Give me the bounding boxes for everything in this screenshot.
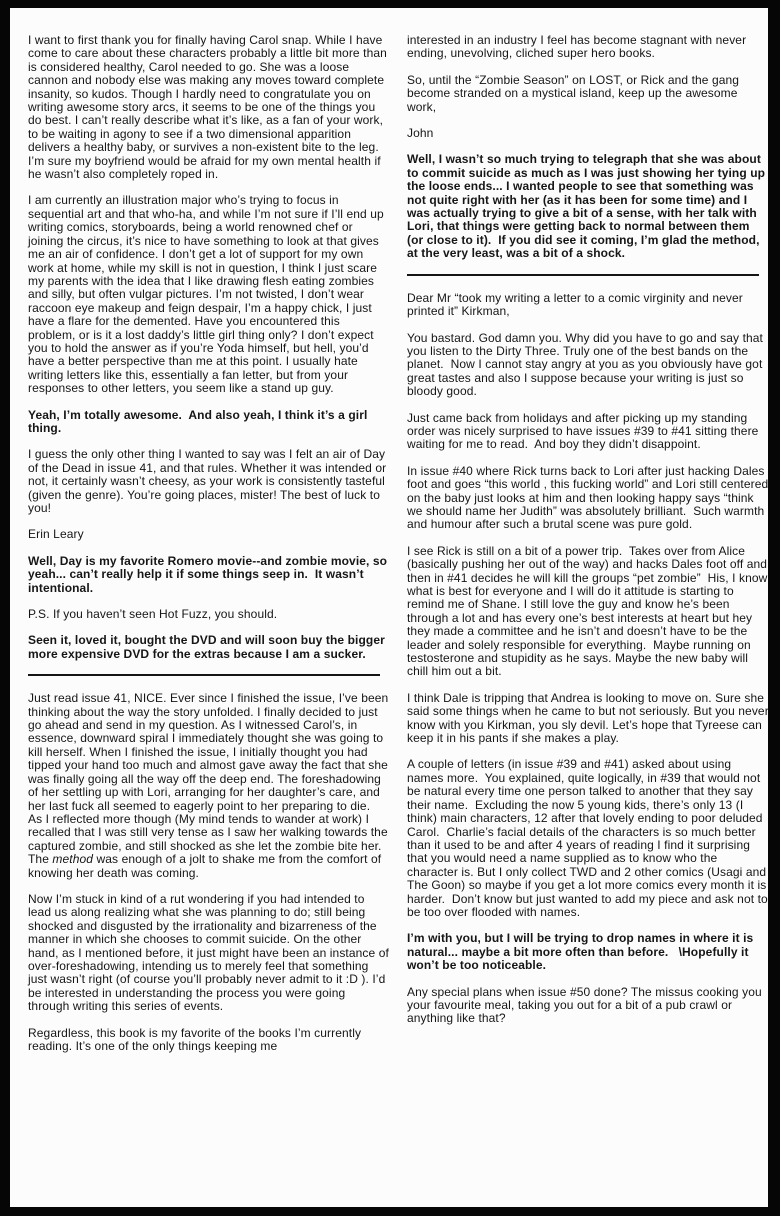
editor-response-paragraph: Well, I wasn’t so much trying to telegra… xyxy=(407,153,768,260)
editor-response-paragraph: Well, Day is my favorite Romero movie--a… xyxy=(28,555,390,595)
letter-paragraph: So, until the “Zombie Season” on LOST, o… xyxy=(407,74,768,114)
letter-paragraph: I am currently an illustration major who… xyxy=(28,194,390,395)
letter-paragraph: I guess the only other thing I wanted to… xyxy=(28,448,390,515)
letter-paragraph: Now I’m stuck in kind of a rut wondering… xyxy=(28,893,390,1014)
letter-paragraph: P.S. If you haven’t seen Hot Fuzz, you s… xyxy=(28,608,390,621)
letter-signature: Erin Leary xyxy=(28,528,390,541)
editor-response-paragraph: Seen it, loved it, bought the DVD and wi… xyxy=(28,634,390,661)
letter-paragraph: Any special plans when issue #50 done? T… xyxy=(407,986,768,1026)
text-segment: Just read issue 41, NICE. Ever since I f… xyxy=(28,691,392,866)
letter-signature: John xyxy=(407,127,768,140)
section-divider xyxy=(28,674,380,676)
letter-paragraph: interested in an industry I feel has bec… xyxy=(407,34,768,61)
letter-paragraph: Dear Mr “took my writing a letter to a c… xyxy=(407,292,768,319)
letter-paragraph: In issue #40 where Rick turns back to Lo… xyxy=(407,465,768,532)
letter-paragraph: Just came back from holidays and after p… xyxy=(407,412,768,452)
letter-paragraph: Regardless, this book is my favorite of … xyxy=(28,1027,390,1054)
letters-page: I want to first thank you for finally ha… xyxy=(10,8,768,1207)
right-column: interested in an industry I feel has bec… xyxy=(407,34,768,1066)
section-divider xyxy=(407,274,759,276)
left-column: I want to first thank you for finally ha… xyxy=(28,34,390,1066)
letter-paragraph: I think Dale is tripping that Andrea is … xyxy=(407,692,768,746)
letter-paragraph: A couple of letters (in issue #39 and #4… xyxy=(407,758,768,919)
editor-response-paragraph: I’m with you, but I will be trying to dr… xyxy=(407,932,768,972)
letter-paragraph: I want to first thank you for finally ha… xyxy=(28,34,390,181)
letter-paragraph: Just read issue 41, NICE. Ever since I f… xyxy=(28,692,390,880)
italic-text: method xyxy=(52,852,93,866)
letter-paragraph: You bastard. God damn you. Why did you h… xyxy=(407,332,768,399)
two-column-text-layout: I want to first thank you for finally ha… xyxy=(10,8,768,1066)
editor-response-paragraph: Yeah, I’m totally awesome. And also yeah… xyxy=(28,409,390,436)
letters-page-screenshot: { "page": { "kind": "comic-letters-page"… xyxy=(0,0,780,1216)
letter-paragraph: I see Rick is still on a bit of a power … xyxy=(407,545,768,679)
